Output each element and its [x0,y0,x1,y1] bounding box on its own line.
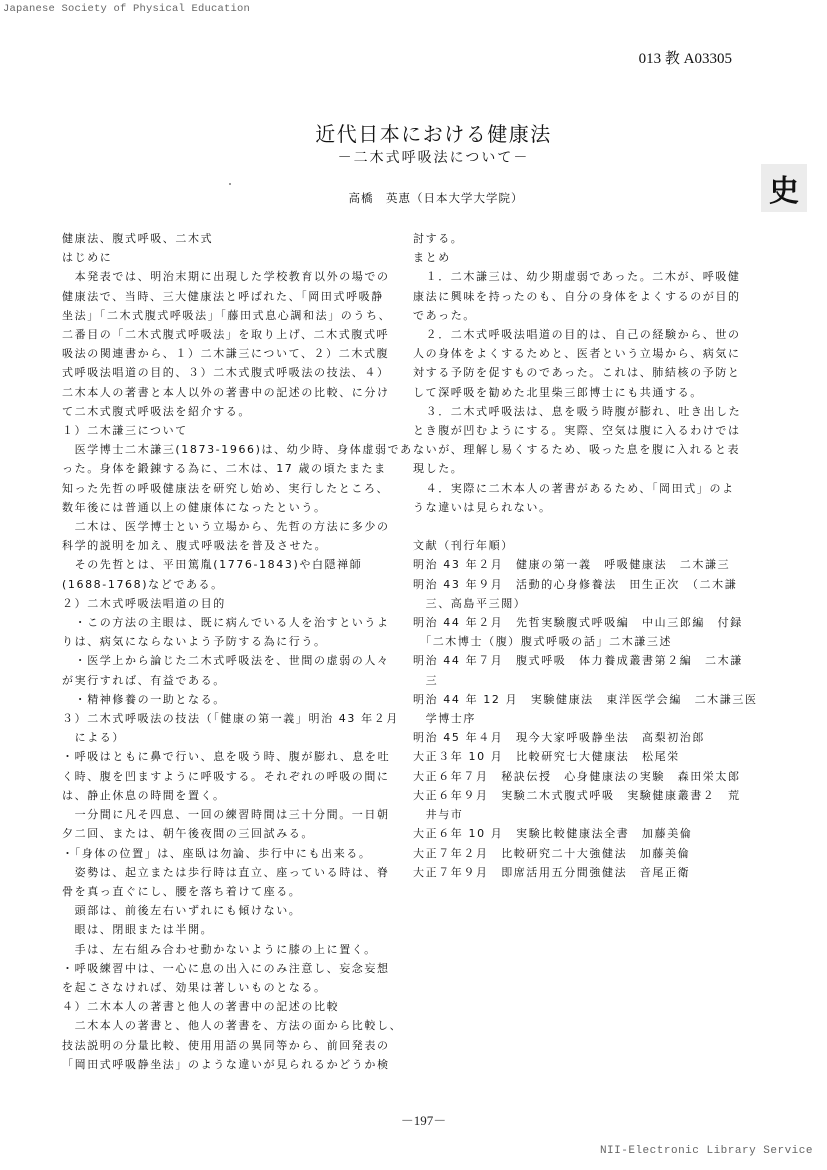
left-column: 健康法、腹式呼吸、二木式はじめに 本発表では、明治末期に出現した学校教育以外の場… [62,229,394,1074]
text-line: 大正６年９月 実験二木式腹式呼吸 実験健康叢書２ 荒 [413,786,745,805]
text-line: ・医学上から論じた二木式呼吸法を、世間の虚弱の人々 [62,651,394,670]
text-line: 康法に興味を持ったのも、自分の身体をよくするのが目的 [413,287,745,306]
text-line: 二木本人の著書と、他人の著書を、方法の面から比較し、 [62,1016,394,1035]
text-line: 式呼吸法唱道の目的、３）二木式腹式呼吸法の技法、４） [62,363,394,382]
text-line: して深呼吸を勧めた北里柴三郎博士にも共通する。 [413,383,745,402]
text-line: 人の身体をよくするためと、医者という立場から、病気に [413,344,745,363]
section-badge-history: 史 [761,164,807,212]
text-line: ・呼吸練習中は、一心に息の出入にのみ注意し、妄念妄想 [62,959,394,978]
text-line: りは、病気にならないよう予防する為に行う。 [62,632,394,651]
text-line [413,517,745,536]
text-line: であった。 [413,306,745,325]
text-line: 三、高島平三閲） [413,594,745,613]
text-line: うな違いは見られない。 [413,498,745,517]
text-line: まとめ [413,248,745,267]
text-line: 一分間に凡そ四息、一回の練習時間は三十分間。一日朝 [62,805,394,824]
text-line: 井与市 [413,805,745,824]
text-line: 明治 43 年２月 健康の第一義 呼吸健康法 二木謙三 [413,555,745,574]
text-line: は、静止休息の時間を置く。 [62,786,394,805]
text-line: ２．二木式呼吸法唱道の目的は、自己の経験から、世の [413,325,745,344]
speck-mark [229,183,231,185]
text-line: ・この方法の主眼は、既に病んでいる人を治すというよ [62,613,394,632]
text-line: 明治 44 年２月 先哲実験腹式呼吸編 中山三郎編 付録 [413,613,745,632]
text-line: とき腹が凹むようにする。実際、空気は腹に入るわけでは [413,421,745,440]
text-line: 頭部は、前後左右いずれにも傾けない。 [62,901,394,920]
text-line: 三 [413,671,745,690]
text-line: 大正６年 10 月 実験比較健康法全書 加藤美倫 [413,824,745,843]
abstract-code: 013 教 A03305 [639,47,732,68]
text-line: ３）二木式呼吸法の技法（「健康の第一義」明治 43 年２月 [62,709,394,728]
page-number: －197－ [0,1110,827,1129]
text-line: 眼は、閉眼または半開。 [62,920,394,939]
society-header: Japanese Society of Physical Education [3,3,250,15]
text-line: １）二木謙三について [62,421,394,440]
author-line: 高橋 英恵（日本大学大学院） [0,190,827,206]
text-line: (1688-1768)などである。 [62,575,394,594]
text-line: 科学的説明を加え、腹式呼吸法を普及させた。 [62,536,394,555]
text-line: 二木は、医学博士という立場から、先哲の方法に多少の [62,517,394,536]
text-line: を起こさなければ、効果は著しいものとなる。 [62,978,394,997]
text-line: く時、腹を凹ますように呼吸する。それぞれの呼吸の間に [62,767,394,786]
text-line: 知った先哲の呼吸健康法を研究し始め、実行したところ、 [62,479,394,498]
text-line: その先哲とは、平田篤胤(1776-1843)や白隠禅師 [62,555,394,574]
text-line: 現した。 [413,459,745,478]
text-line: て二木式腹式呼吸法を紹介する。 [62,402,394,421]
text-line: 明治 43 年９月 活動的心身修養法 田生正次 （二木謙 [413,575,745,594]
text-line: ・「身体の位置」は、座臥は勿論、歩行中にも出来る。 [62,844,394,863]
text-line: 大正６年７月 秘訣伝授 心身健康法の実験 森田栄太郎 [413,767,745,786]
text-line: 大正７年９月 即席活用五分間強健法 音尾正衛 [413,863,745,882]
text-line: 健康法、腹式呼吸、二木式 [62,229,394,248]
text-line: 文献（刊行年順） [413,536,745,555]
text-line: 二木本人の著書と本人以外の著書中の記述の比較、に分け [62,383,394,402]
text-line: が実行すれば、有益である。 [62,671,394,690]
text-line: 手は、左右組み合わせ動かないように膝の上に置く。 [62,940,394,959]
text-line: 二番目の「二木式腹式呼吸法」を取り上げ、二木式腹式呼 [62,325,394,344]
text-line: ・呼吸はともに鼻で行い、息を吸う時、腹が膨れ、息を吐 [62,747,394,766]
text-line: 骨を真っ直ぐにし、腰を落ち着けて座る。 [62,882,394,901]
text-line: 大正３年 10 月 比較研究七大健康法 松尾栄 [413,747,745,766]
text-line: 「二木博士（腹）腹式呼吸の話」二木謙三述 [413,632,745,651]
text-line: ４．実際に二木本人の著書があるため、「岡田式」のよ [413,479,745,498]
text-line: 対する予防を促すものであった。これは、肺結核の予防と [413,363,745,382]
text-line: ないが、理解し易くするため、吸った息を腹に入れると表 [413,440,745,459]
text-line: 吸法の関連書から、１）二木謙三について、２）二木式腹 [62,344,394,363]
paper-title: 近代日本における健康法 [0,118,827,147]
text-line: 医学博士二木謙三(1873-1966)は、幼少時、身体虚弱であ [62,440,394,459]
text-line: 明治 44 年７月 腹式呼吸 体力養成叢書第２編 二木謙 [413,651,745,670]
text-line: 健康法で、当時、三大健康法と呼ばれた、「岡田式呼吸静 [62,287,394,306]
text-line: ３．二木式呼吸法は、息を吸う時腹が膨れ、吐き出した [413,402,745,421]
text-line: はじめに [62,248,394,267]
right-column: 討する。まとめ １．二木謙三は、幼少期虚弱であった。二木が、呼吸健康法に興味を持… [413,229,745,882]
text-line: 明治 45 年４月 現今大家呼吸静坐法 高梨初治郎 [413,728,745,747]
text-line: ２）二木式呼吸法唱道の目的 [62,594,394,613]
paper-subtitle: －二木式呼吸法について－ [0,147,827,167]
text-line: 本発表では、明治末期に出現した学校教育以外の場での [62,267,394,286]
text-line: った。身体を鍛錬する為に、二木は、17 歳の頃たまたま [62,459,394,478]
text-line: 大正７年２月 比較研究二十大強健法 加藤美倫 [413,844,745,863]
text-line: 学博士序 [413,709,745,728]
text-line: による） [62,728,394,747]
text-line: 坐法」「二木式腹式呼吸法」「藤田式息心調和法」のうち、 [62,306,394,325]
library-footer: NII-Electronic Library Service [600,1145,813,1157]
text-line: 技法説明の分量比較、使用用語の異同等から、前回発表の [62,1036,394,1055]
text-line: 討する。 [413,229,745,248]
text-line: ４）二木本人の著書と他人の著書中の記述の比較 [62,997,394,1016]
text-line: 姿勢は、起立または歩行時は直立、座っている時は、脊 [62,863,394,882]
text-line: 「岡田式呼吸静坐法」のような違いが見られるかどうか検 [62,1055,394,1074]
text-line: 数年後には普通以上の健康体になったという。 [62,498,394,517]
text-line: ・精神修養の一助となる。 [62,690,394,709]
text-line: １．二木謙三は、幼少期虚弱であった。二木が、呼吸健 [413,267,745,286]
text-line: 明治 44 年 12 月 実験健康法 東洋医学会編 二木謙三医 [413,690,745,709]
text-line: 夕二回、または、朝午後夜間の三回試みる。 [62,824,394,843]
